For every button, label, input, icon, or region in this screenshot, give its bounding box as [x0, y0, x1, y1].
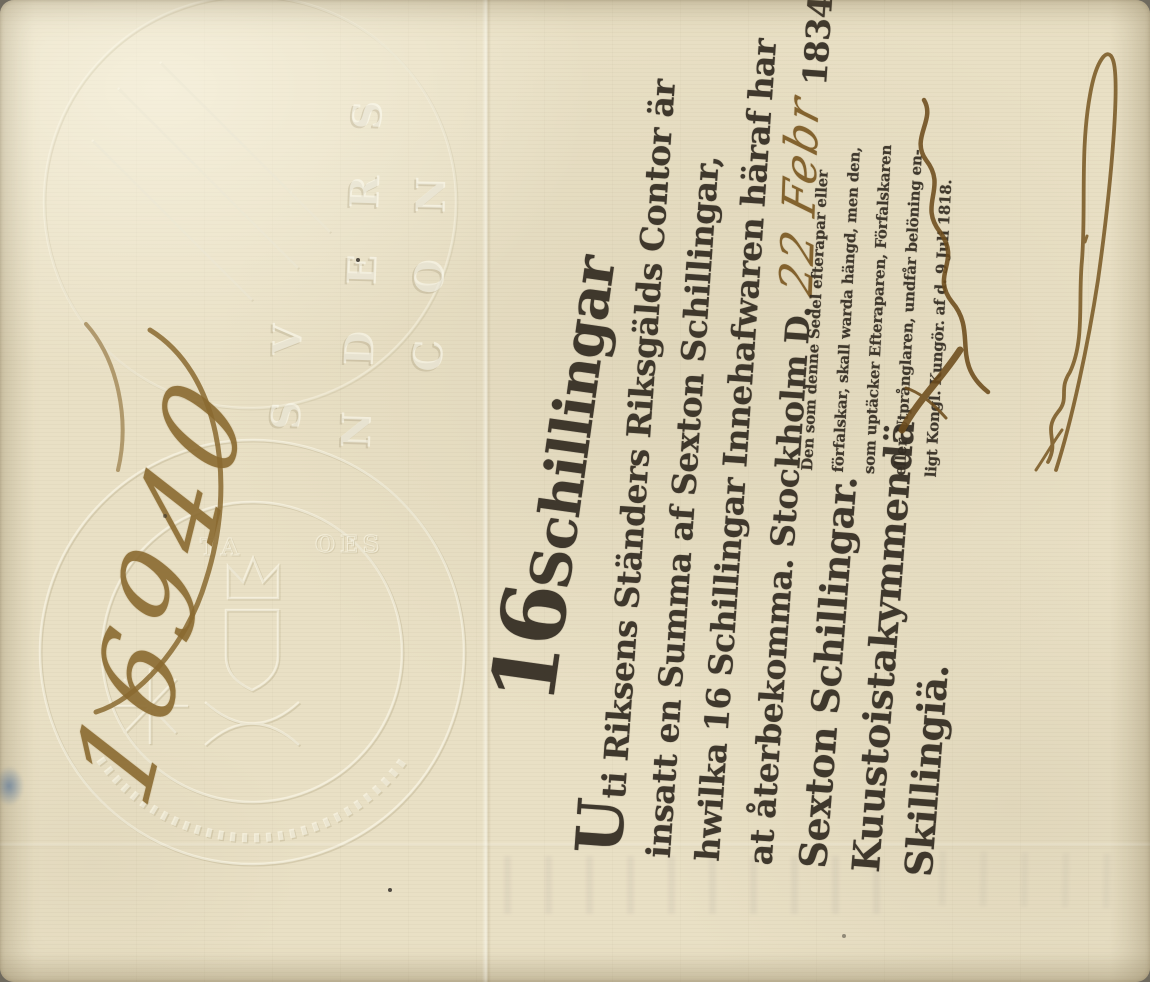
value-block: Sexton Schillingar. Kuustoistakymmendä S… [786, 415, 980, 879]
vertical-crease [482, 0, 491, 982]
ink-speck [356, 258, 360, 262]
blue-ink-mark [0, 766, 24, 806]
banknote-scan: TA TA OES OES S V N D E R S C O N 16Schi… [0, 0, 1150, 982]
handwritten-signature-2 [1036, 54, 1116, 470]
ghost-letters: N D E R S [332, 85, 392, 450]
svg-text:OES: OES [315, 531, 384, 558]
ink-speck [163, 514, 167, 518]
ghost-letters: C O N [404, 161, 455, 373]
ink-speck [388, 888, 392, 892]
serial-number-handwritten: 16940 [48, 364, 277, 809]
printed-year: 1834. [795, 0, 841, 87]
embossed-fragment-oes: OES [316, 532, 385, 559]
heading-numeral: 16 [470, 580, 589, 710]
ink-speck [842, 934, 846, 938]
warning-block: Den som denne Sedel efterapar eller förf… [792, 141, 964, 478]
note-paper: TA TA OES OES S V N D E R S C O N 16Schi… [0, 0, 1150, 982]
